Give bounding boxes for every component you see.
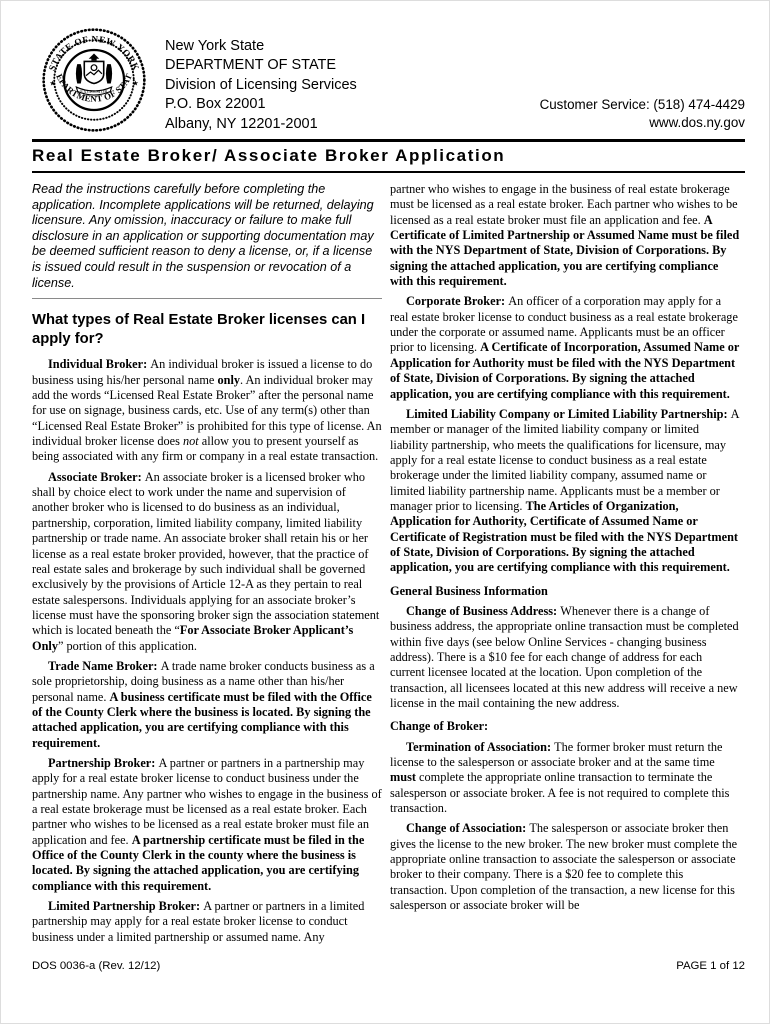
subsection-heading: General Business Information [390, 584, 740, 599]
paragraph: Limited Partnership Broker: A partner or… [32, 899, 382, 945]
seal-eagle-icon [89, 54, 100, 61]
paragraph: Associate Broker: An associate broker is… [32, 470, 382, 654]
left-column: Read the instructions carefully before c… [32, 182, 382, 950]
agency-line-city: Albany, NY 12201-2001 [165, 115, 357, 134]
website-url: www.dos.ny.gov [540, 114, 745, 132]
paragraph: Change of Association: The salesperson o… [390, 821, 740, 913]
subsection-heading: Change of Broker: [390, 719, 740, 734]
paragraph: Trade Name Broker: A trade name broker c… [32, 659, 382, 751]
agency-address-block: New York State DEPARTMENT OF STATE Divis… [165, 37, 357, 134]
form-number: DOS 0036-a (Rev. 12/12) [32, 960, 160, 972]
document-page: STATE OF NEW YORK DEPARTMENT OF STATE ★ … [0, 0, 770, 1024]
right-column: partner who wishes to engage in the busi… [390, 182, 740, 950]
document-title: Real Estate Broker/ Associate Broker App… [32, 139, 745, 173]
paragraph: Partnership Broker: A partner or partner… [32, 756, 382, 894]
agency-line-pobox: P.O. Box 22001 [165, 95, 357, 114]
intro-paragraph: Read the instructions carefully before c… [32, 182, 382, 291]
seal-right-star-icon: ★ [132, 79, 138, 87]
letterhead-left: STATE OF NEW YORK DEPARTMENT OF STATE ★ … [32, 27, 357, 134]
nys-department-of-state-seal-icon: STATE OF NEW YORK DEPARTMENT OF STATE ★ … [41, 27, 147, 133]
paragraph: Corporate Broker: An officer of a corpor… [390, 294, 740, 401]
seal-liberty-figure-icon [76, 64, 82, 83]
seal-left-star-icon: ★ [49, 79, 55, 87]
paragraph: Termination of Association: The former b… [390, 740, 740, 817]
page-number: PAGE 1 of 12 [676, 960, 745, 972]
letterhead: STATE OF NEW YORK DEPARTMENT OF STATE ★ … [32, 27, 745, 134]
agency-line-state: New York State [165, 37, 357, 56]
customer-service-phone: Customer Service: (518) 474-4429 [540, 96, 745, 114]
seal-justice-figure-icon [106, 64, 112, 83]
body-columns: Read the instructions carefully before c… [32, 182, 745, 950]
seal-motto: EXCELSIOR [80, 89, 107, 94]
section-divider [32, 298, 382, 299]
section-heading: What types of Real Estate Broker license… [32, 311, 382, 348]
page-footer: DOS 0036-a (Rev. 12/12) PAGE 1 of 12 [32, 960, 745, 972]
agency-line-division: Division of Licensing Services [165, 76, 357, 95]
contact-block: Customer Service: (518) 474-4429 www.dos… [540, 96, 745, 134]
agency-line-department: DEPARTMENT OF STATE [165, 56, 357, 75]
paragraph: partner who wishes to engage in the busi… [390, 182, 740, 289]
paragraph: Individual Broker: An individual broker … [32, 357, 382, 464]
paragraph: Limited Liability Company or Limited Lia… [390, 407, 740, 576]
paragraph: Change of Business Address: Whenever the… [390, 604, 740, 711]
